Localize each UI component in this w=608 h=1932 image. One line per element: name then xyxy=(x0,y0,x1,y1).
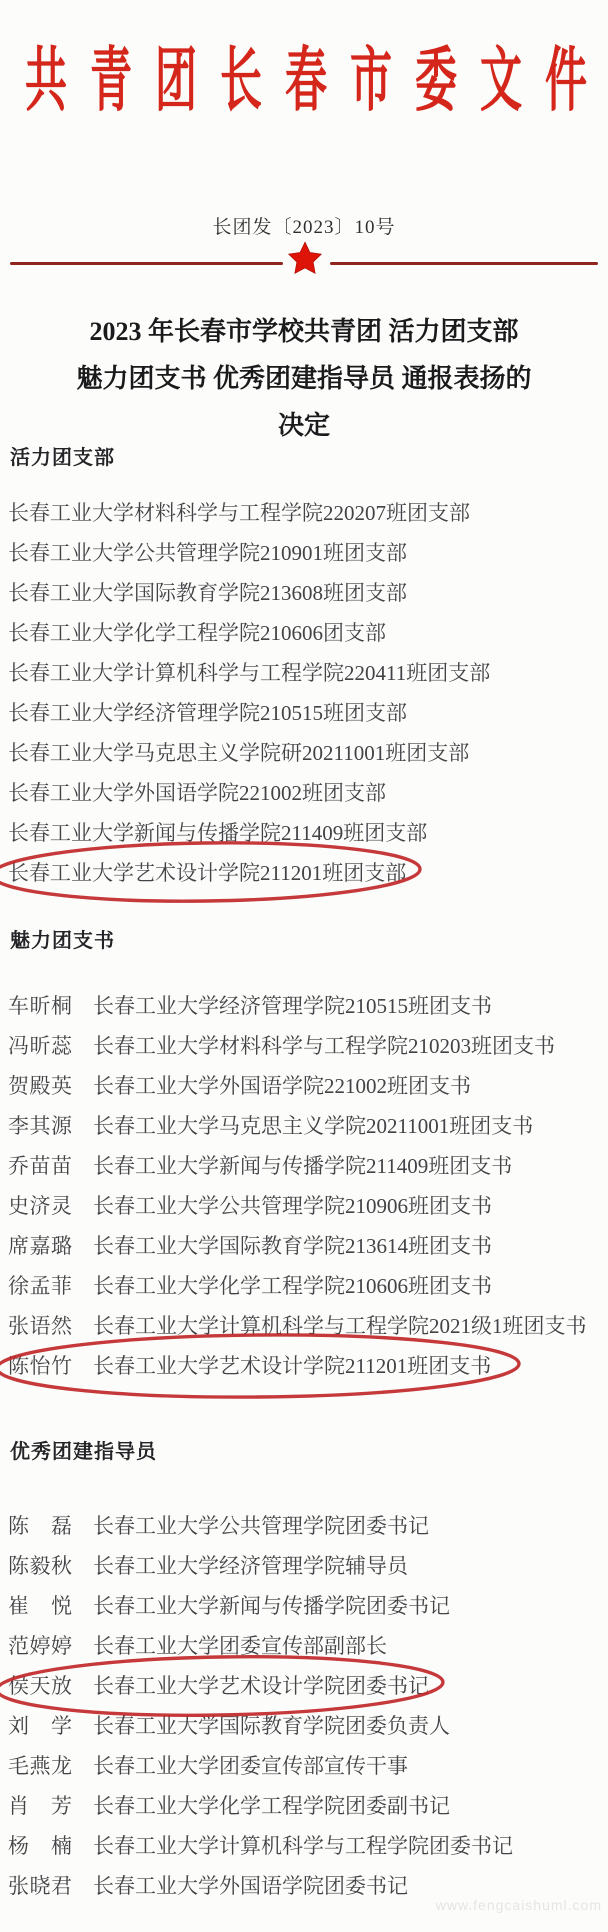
person-name: 冯昕蕊 xyxy=(8,1030,93,1060)
list-item: 长春工业大学化学工程学院210606团支部 xyxy=(8,612,604,652)
list-item: 长春工业大学国际教育学院213608班团支部 xyxy=(8,572,604,612)
branch-name: 长春工业大学马克思主义学院研20211001班团支部 xyxy=(8,737,604,767)
list-item: 张语然长春工业大学计算机科学与工程学院2021级1班团支书 xyxy=(8,1305,604,1345)
list-item: 席嘉璐长春工业大学国际教育学院213614班团支书 xyxy=(8,1225,604,1265)
person-name: 毛燕龙 xyxy=(8,1750,93,1780)
list-item: 陈毅秋长春工业大学经济管理学院辅导员 xyxy=(8,1545,604,1585)
person-name: 范婷婷 xyxy=(8,1630,93,1660)
person-name: 张语然 xyxy=(8,1310,93,1340)
affiliation: 长春工业大学经济管理学院辅导员 xyxy=(93,1550,604,1580)
affiliation: 长春工业大学外国语学院团委书记 xyxy=(93,1870,604,1900)
list-item-circled: 陈怡竹长春工业大学艺术设计学院211201班团支书 xyxy=(8,1345,604,1385)
list-item: 长春工业大学材料科学与工程学院220207班团支部 xyxy=(8,492,604,532)
affiliation: 长春工业大学新闻与传播学院211409班团支书 xyxy=(93,1150,604,1180)
branch-name: 长春工业大学艺术设计学院211201班团支部 xyxy=(8,857,604,887)
list-item: 肖 芳长春工业大学化学工程学院团委副书记 xyxy=(8,1785,604,1825)
list-item: 范婷婷长春工业大学团委宣传部副部长 xyxy=(8,1625,604,1665)
list-item-circled: 长春工业大学艺术设计学院211201班团支部 xyxy=(8,852,604,892)
branch-name: 长春工业大学计算机科学与工程学院220411班团支部 xyxy=(8,657,604,687)
list-item: 史济灵长春工业大学公共管理学院210906班团支书 xyxy=(8,1185,604,1225)
list-item: 刘 学长春工业大学国际教育学院团委负责人 xyxy=(8,1705,604,1745)
branch-name: 长春工业大学国际教育学院213608班团支部 xyxy=(8,577,604,607)
person-name: 刘 学 xyxy=(8,1710,93,1740)
branch-name: 长春工业大学公共管理学院210901班团支部 xyxy=(8,537,604,567)
person-name: 陈怡竹 xyxy=(8,1350,93,1380)
red-rule-right xyxy=(330,262,598,265)
section-heading-vitality-branch: 活力团支部 xyxy=(10,445,115,471)
affiliation: 长春工业大学计算机科学与工程学院团委书记 xyxy=(93,1830,604,1860)
person-name: 李其源 xyxy=(8,1110,93,1140)
list-item: 贺殿英长春工业大学外国语学院221002班团支书 xyxy=(8,1065,604,1105)
person-name: 陈毅秋 xyxy=(8,1550,93,1580)
person-name: 席嘉璐 xyxy=(8,1230,93,1260)
list-item: 冯昕蕊长春工业大学材料科学与工程学院210203班团支书 xyxy=(8,1025,604,1065)
person-name: 徐孟菲 xyxy=(8,1270,93,1300)
charm-secretary-list: 车昕桐长春工业大学经济管理学院210515班团支书 冯昕蕊长春工业大学材料科学与… xyxy=(8,985,604,1385)
outstanding-instructor-list: 陈 磊长春工业大学公共管理学院团委书记 陈毅秋长春工业大学经济管理学院辅导员 崔… xyxy=(8,1505,604,1905)
list-item: 长春工业大学新闻与传播学院211409班团支部 xyxy=(8,812,604,852)
affiliation: 长春工业大学国际教育学院213614班团支书 xyxy=(93,1230,604,1260)
title-line-3: 决定 xyxy=(14,402,594,449)
branch-name: 长春工业大学新闻与传播学院211409班团支部 xyxy=(8,817,604,847)
affiliation: 长春工业大学艺术设计学院团委书记 xyxy=(93,1670,604,1700)
list-item: 李其源长春工业大学马克思主义学院20211001班团支书 xyxy=(8,1105,604,1145)
person-name: 杨 楠 xyxy=(8,1830,93,1860)
person-name: 侯天放 xyxy=(8,1670,93,1700)
person-name: 车昕桐 xyxy=(8,990,93,1020)
document-page: 共青团长春市委文件 长团发〔2023〕10号 2023 年长春市学校共青团 活力… xyxy=(0,0,608,1932)
red-star-icon xyxy=(288,241,322,275)
letterhead-title: 共青团长春市委文件 xyxy=(13,47,598,117)
document-title: 2023 年长春市学校共青团 活力团支部 魅力团支书 优秀团建指导员 通报表扬的… xyxy=(14,308,594,449)
branch-name: 长春工业大学经济管理学院210515班团支部 xyxy=(8,697,604,727)
person-name: 贺殿英 xyxy=(8,1070,93,1100)
branch-name: 长春工业大学材料科学与工程学院220207班团支部 xyxy=(8,497,604,527)
branch-name: 长春工业大学化学工程学院210606团支部 xyxy=(8,617,604,647)
doc-number: 长团发〔2023〕10号 xyxy=(0,216,608,240)
watermark: www.fengcaishuml.com xyxy=(436,1897,602,1913)
affiliation: 长春工业大学化学工程学院团委副书记 xyxy=(93,1790,604,1820)
affiliation: 长春工业大学新闻与传播学院团委书记 xyxy=(93,1590,604,1620)
list-item: 徐孟菲长春工业大学化学工程学院210606班团支书 xyxy=(8,1265,604,1305)
vitality-branch-list: 长春工业大学材料科学与工程学院220207班团支部 长春工业大学公共管理学院21… xyxy=(8,492,604,892)
list-item: 长春工业大学马克思主义学院研20211001班团支部 xyxy=(8,732,604,772)
affiliation: 长春工业大学经济管理学院210515班团支书 xyxy=(93,990,604,1020)
person-name: 乔苗苗 xyxy=(8,1150,93,1180)
list-item: 崔 悦长春工业大学新闻与传播学院团委书记 xyxy=(8,1585,604,1625)
list-item: 长春工业大学经济管理学院210515班团支部 xyxy=(8,692,604,732)
list-item: 杨 楠长春工业大学计算机科学与工程学院团委书记 xyxy=(8,1825,604,1865)
affiliation: 长春工业大学团委宣传部副部长 xyxy=(93,1630,604,1660)
affiliation: 长春工业大学化学工程学院210606班团支书 xyxy=(93,1270,604,1300)
list-item: 长春工业大学公共管理学院210901班团支部 xyxy=(8,532,604,572)
list-item: 乔苗苗长春工业大学新闻与传播学院211409班团支书 xyxy=(8,1145,604,1185)
section-heading-charm-secretary: 魅力团支书 xyxy=(10,928,115,954)
list-item: 车昕桐长春工业大学经济管理学院210515班团支书 xyxy=(8,985,604,1025)
affiliation: 长春工业大学计算机科学与工程学院2021级1班团支书 xyxy=(93,1310,604,1340)
list-item: 长春工业大学外国语学院221002班团支部 xyxy=(8,772,604,812)
title-line-1: 2023 年长春市学校共青团 活力团支部 xyxy=(14,308,594,355)
branch-name: 长春工业大学外国语学院221002班团支部 xyxy=(8,777,604,807)
affiliation: 长春工业大学公共管理学院团委书记 xyxy=(93,1510,604,1540)
affiliation: 长春工业大学马克思主义学院20211001班团支书 xyxy=(93,1110,604,1140)
affiliation: 长春工业大学国际教育学院团委负责人 xyxy=(93,1710,604,1740)
affiliation: 长春工业大学团委宣传部宣传干事 xyxy=(93,1750,604,1780)
person-name: 陈 磊 xyxy=(8,1510,93,1540)
affiliation: 长春工业大学公共管理学院210906班团支书 xyxy=(93,1190,604,1220)
person-name: 肖 芳 xyxy=(8,1790,93,1820)
red-rule-left xyxy=(10,262,283,265)
list-item-circled: 侯天放长春工业大学艺术设计学院团委书记 xyxy=(8,1665,604,1705)
affiliation: 长春工业大学材料科学与工程学院210203班团支书 xyxy=(93,1030,604,1060)
affiliation: 长春工业大学外国语学院221002班团支书 xyxy=(93,1070,604,1100)
list-item: 陈 磊长春工业大学公共管理学院团委书记 xyxy=(8,1505,604,1545)
person-name: 张晓君 xyxy=(8,1870,93,1900)
section-heading-outstanding-instructor: 优秀团建指导员 xyxy=(10,1439,157,1465)
affiliation: 长春工业大学艺术设计学院211201班团支书 xyxy=(93,1350,604,1380)
person-name: 崔 悦 xyxy=(8,1590,93,1620)
title-line-2: 魅力团支书 优秀团建指导员 通报表扬的 xyxy=(14,355,594,402)
person-name: 史济灵 xyxy=(8,1190,93,1220)
list-item: 毛燕龙长春工业大学团委宣传部宣传干事 xyxy=(8,1745,604,1785)
list-item: 长春工业大学计算机科学与工程学院220411班团支部 xyxy=(8,652,604,692)
